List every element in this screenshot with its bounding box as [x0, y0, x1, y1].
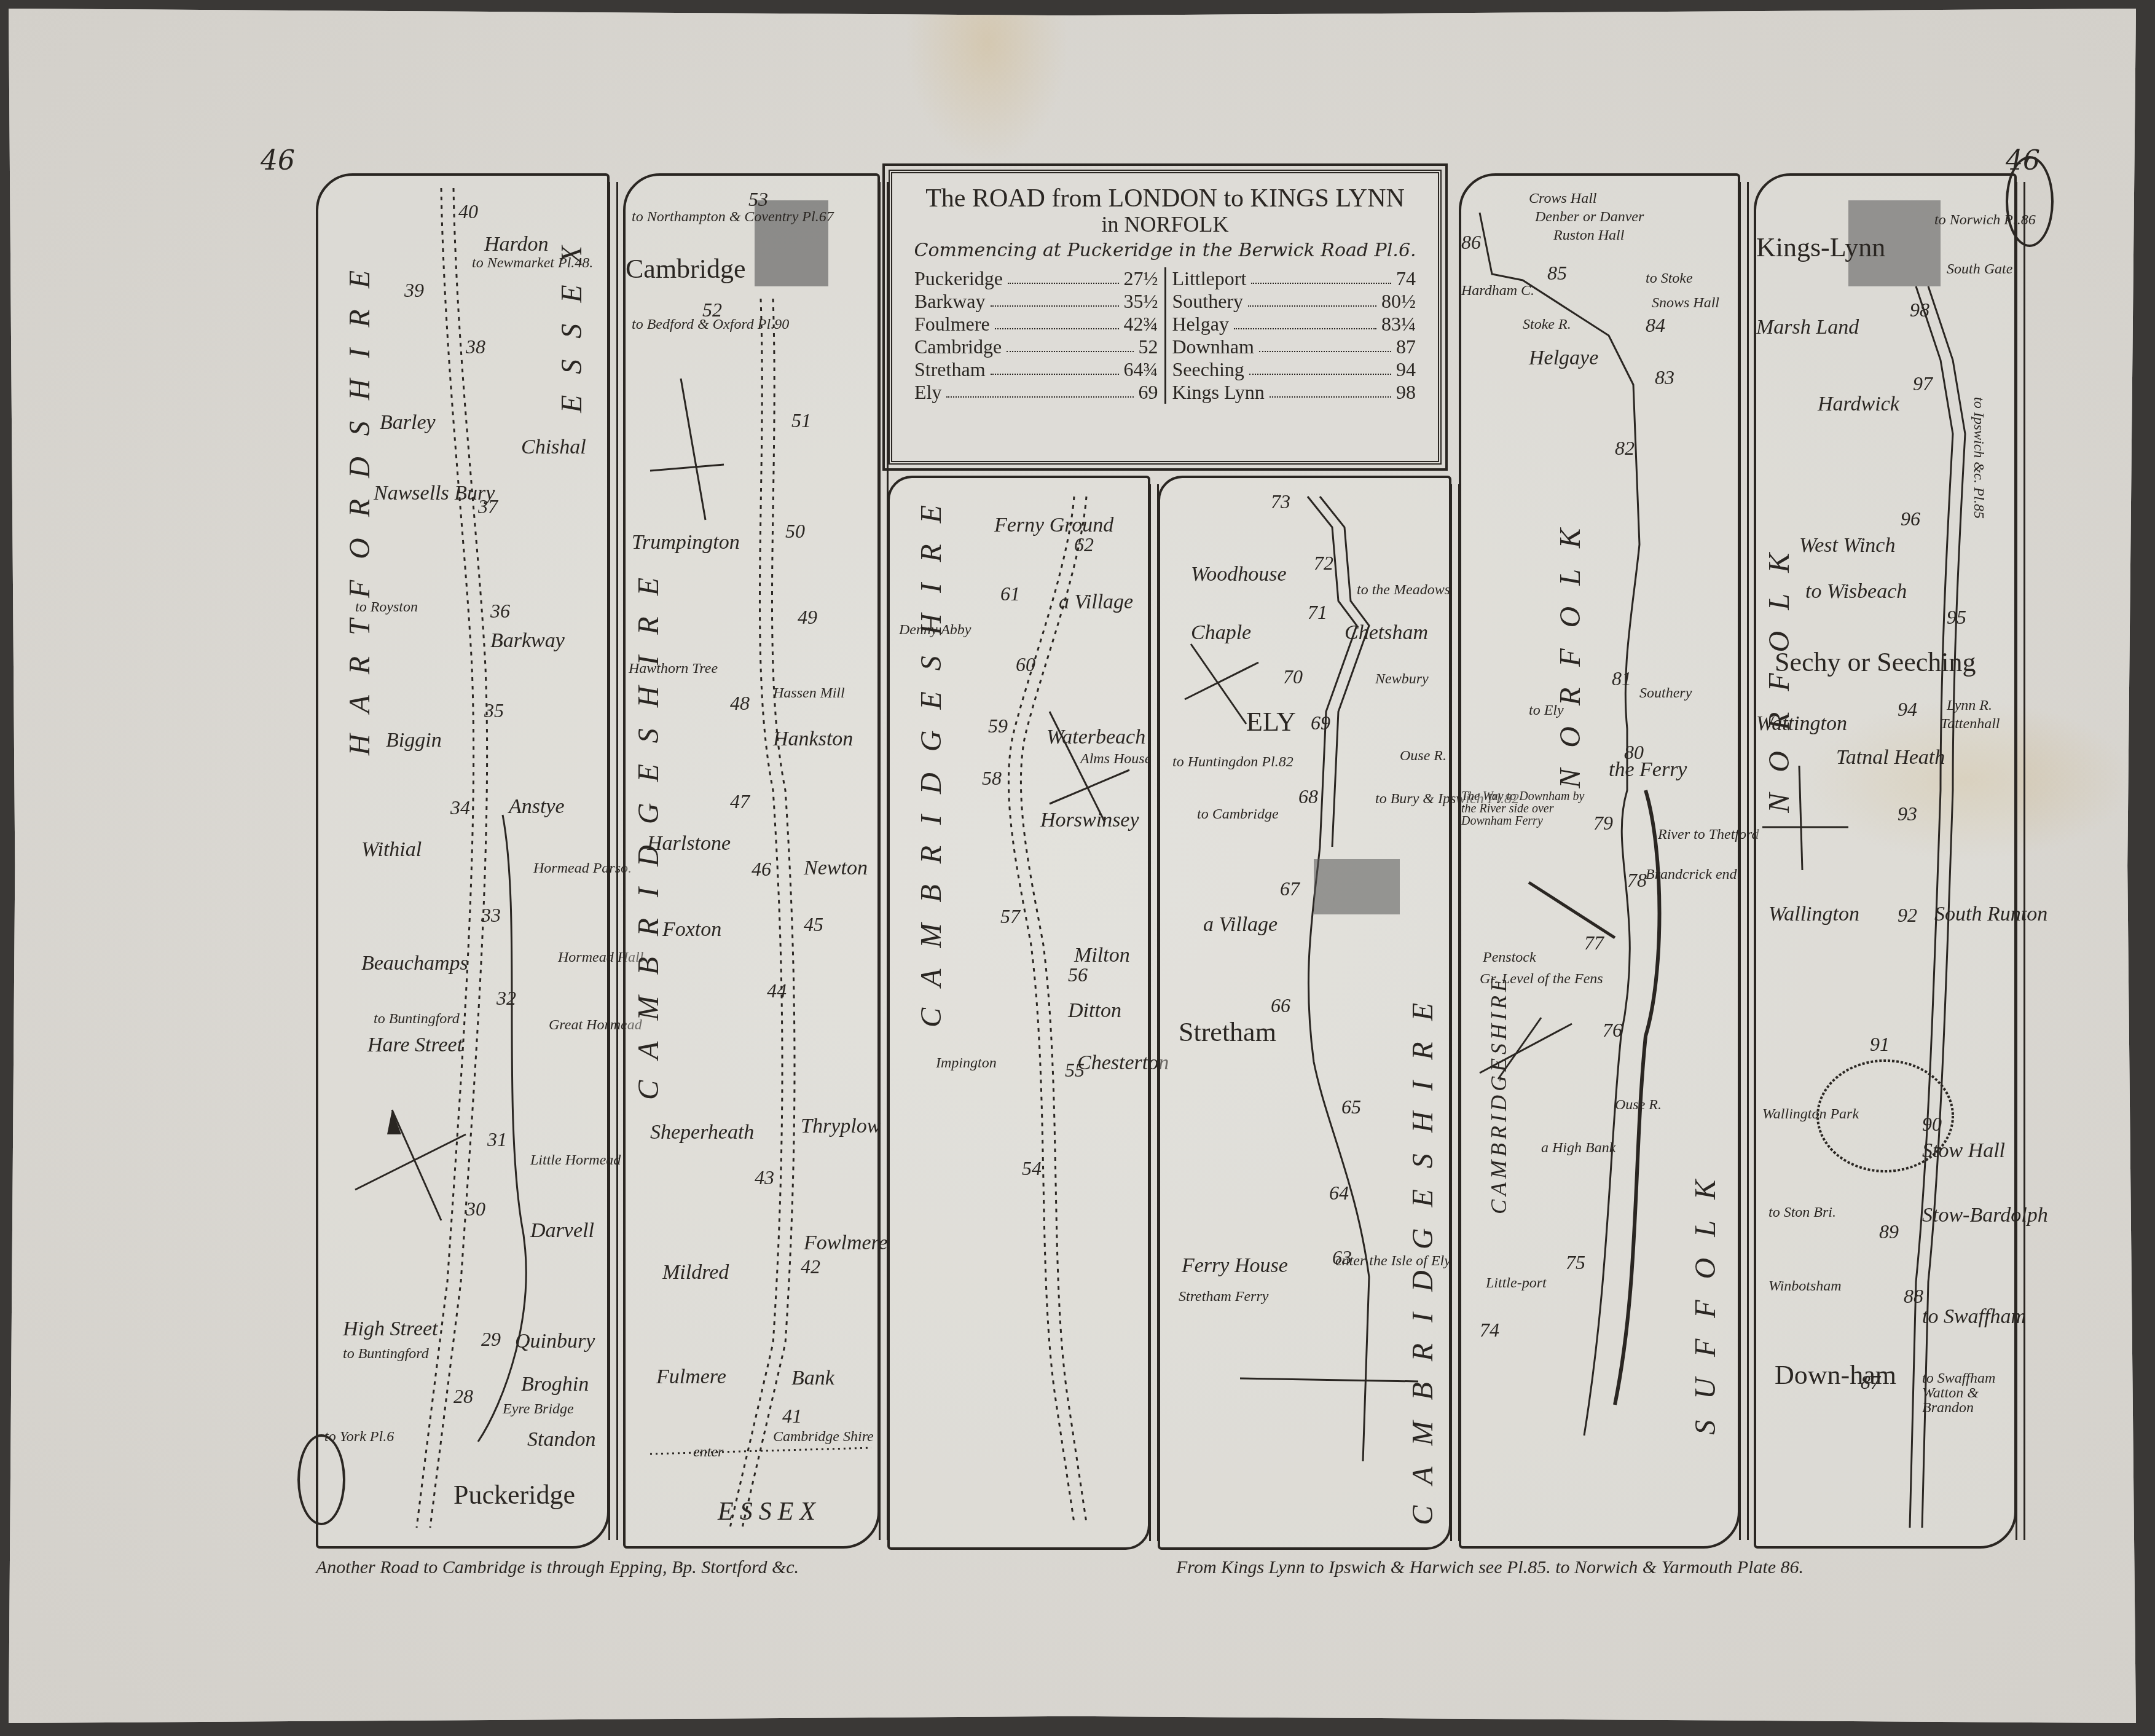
place-label: Brandcrick end [1646, 867, 1737, 882]
place-label: Gr. Level of the Fens [1480, 972, 1603, 986]
mile-marker: 33 [481, 904, 501, 927]
place-label: Waterbeach [1046, 727, 1145, 748]
mile-marker: 64 [1329, 1182, 1349, 1204]
distance-row: Foulmere42¾ [914, 313, 1158, 336]
place-label: Little Hormead [530, 1153, 621, 1168]
place-label: Horswinsey [1040, 810, 1139, 831]
mile-marker: 68 [1298, 785, 1318, 808]
place-label: Crows Hall [1529, 191, 1596, 206]
place-label-kings-lynn: Kings-Lynn [1756, 234, 1885, 261]
place-label: Mildred [662, 1262, 729, 1283]
place-label: Marsh Land [1756, 317, 1859, 338]
place-label: Stoke R. [1523, 317, 1571, 332]
place-label: Hare Street [367, 1035, 463, 1056]
place-label: Hardwick [1818, 394, 1899, 415]
distance-row: Downham87 [1172, 336, 1416, 358]
place-label: Nawsells Bury [374, 483, 495, 504]
mile-marker: 69 [1311, 712, 1330, 734]
place-label-downham: Down-ham [1775, 1362, 1896, 1389]
mile-marker: 45 [804, 913, 823, 936]
mile-marker: 41 [782, 1405, 802, 1428]
place-label: Ditton [1068, 1000, 1121, 1021]
mile-marker: 73 [1271, 490, 1290, 513]
mile-marker: 42 [801, 1255, 820, 1278]
county-label-suffolk: SUFFOLK [1689, 1159, 1722, 1435]
place-label-cambridge: Cambridge [626, 256, 746, 283]
mile-marker: 60 [1016, 653, 1035, 676]
place-label: Wattington [1756, 713, 1847, 734]
place-label-seeching: Sechy or Seeching [1775, 649, 1976, 676]
county-label-essex: ESSEX [555, 225, 589, 413]
place-label: Hawthorn Tree [629, 661, 718, 676]
place-label: Fulmere [656, 1367, 726, 1388]
place-label: Little-port [1486, 1276, 1547, 1290]
place-label: the Ferry [1609, 760, 1687, 780]
place-label: enter [693, 1445, 723, 1459]
strip-1: HARTFORDSHIRE ESSEX 40 39 38 37 36 35 34… [316, 173, 610, 1549]
strip-3: CAMBRIDGESHIRE 62 61 60 59 58 57 56 55 5… [887, 476, 1150, 1550]
footnote-left: Another Road to Cambridge is through Epp… [316, 1557, 799, 1578]
mile-marker: 35 [484, 699, 504, 722]
mile-marker: 96 [1901, 508, 1920, 530]
place-label: Chishal [521, 437, 586, 458]
mile-marker: 66 [1271, 994, 1290, 1017]
scroll-curl-icon [297, 1434, 345, 1525]
place-label: Southery [1639, 686, 1692, 701]
mile-marker: 61 [1000, 583, 1020, 605]
mile-marker: 57 [1000, 905, 1020, 928]
strip-2: CAMBRIDGESHIRE ESSEX 53 52 51 50 49 48 4… [623, 173, 880, 1549]
mile-marker: 34 [450, 796, 470, 819]
mile-marker: 92 [1898, 904, 1917, 927]
place-label: Hardon [484, 234, 549, 255]
place-label: Ouse R. [1400, 748, 1446, 763]
place-label: to Buntingford [374, 1011, 460, 1026]
place-label: Woodhouse [1191, 564, 1287, 585]
place-label: to Huntingdon Pl.82 [1172, 755, 1293, 769]
mile-marker: 59 [988, 715, 1008, 737]
place-label: Withial [361, 839, 422, 860]
place-label: Stow Hall [1922, 1141, 2005, 1161]
place-label: to Northampton & Coventry Pl.67 [632, 210, 834, 224]
distance-row: Stretham64¾ [914, 358, 1158, 381]
distance-column-right: Littleport74 Southery80½ Helgay83¼ Downh… [1166, 267, 1423, 404]
plate-number-left: 46 [261, 145, 295, 176]
map-subtitle: Commencing at Puckeridge in the Berwick … [908, 240, 1422, 261]
place-label: to the Meadows [1357, 583, 1450, 597]
place-label-puckeridge: Puckeridge [453, 1482, 575, 1509]
mile-marker: 28 [453, 1385, 473, 1408]
place-label: Trumpington [632, 532, 740, 553]
place-label: to Swaffham [1922, 1306, 2026, 1327]
mile-marker: 88 [1904, 1285, 1923, 1308]
place-label: Denny Abby [899, 623, 972, 637]
place-label: to Stoke [1646, 271, 1693, 286]
place-label: Cambridge Shire [773, 1429, 874, 1444]
place-label: Winbotsham [1768, 1279, 1842, 1294]
place-label: Ouse R. [1615, 1098, 1662, 1112]
place-label: to Swaffham Watton & Brandon [1922, 1371, 2014, 1415]
place-label: Foxton [662, 919, 721, 940]
mile-marker: 49 [798, 606, 817, 629]
mile-marker: 31 [487, 1128, 507, 1151]
place-label: Impington [936, 1056, 997, 1070]
place-label: River to Thetford [1658, 827, 1759, 842]
distance-row: Littleport74 [1172, 267, 1416, 290]
place-label: Newbury [1375, 672, 1429, 686]
mile-marker: 72 [1314, 552, 1333, 575]
mile-marker: 48 [730, 692, 750, 715]
place-label: to Bedford & Oxford Pl.90 [632, 317, 789, 332]
place-label: Hormead Parso. [533, 861, 632, 876]
place-label: Bank [791, 1368, 834, 1389]
mile-marker: 78 [1627, 869, 1647, 892]
place-label: to Ely [1529, 703, 1564, 718]
mile-marker: 43 [755, 1166, 774, 1189]
place-label: a Village [1059, 592, 1133, 613]
place-label: Ferry House [1182, 1255, 1288, 1276]
mile-marker: 29 [481, 1328, 501, 1351]
place-label: Wallington Park [1762, 1107, 1859, 1121]
place-label: Fowlmere [804, 1233, 888, 1254]
mile-marker: 40 [458, 200, 478, 223]
county-label-cambridgeshire: CAMBRIDGESHIRE [914, 484, 948, 1027]
county-label-hartfordshire: HARTFORDSHIRE [343, 249, 377, 755]
place-label: a High Bank [1541, 1141, 1615, 1155]
mile-marker: 71 [1308, 601, 1327, 624]
strip-4: CAMBRIDGESHIRE 73 72 71 70 69 68 67 66 6… [1158, 476, 1451, 1550]
distance-row: Helgay83¼ [1172, 313, 1416, 336]
place-label: to Cambridge [1197, 807, 1279, 822]
place-label: Stow-Bardolph [1922, 1205, 2048, 1226]
map-title-county: in NORFOLK [908, 213, 1422, 237]
place-label: West Winch [1799, 535, 1895, 556]
footnote-right: From Kings Lynn to Ipswich & Harwich see… [1176, 1557, 1804, 1578]
scroll-curl-icon [2006, 156, 2054, 247]
place-label: Hassen Mill [773, 686, 845, 701]
place-label: Hardham C. [1461, 283, 1534, 298]
county-label-essex: ESSEX [718, 1497, 822, 1526]
mile-marker: 83 [1655, 366, 1674, 389]
place-label: to Newmarket Pl.48. [472, 256, 593, 270]
mile-marker: 39 [404, 279, 424, 302]
mile-marker: 38 [466, 336, 485, 358]
mile-marker: 44 [767, 980, 787, 1002]
place-label: Darvell [530, 1220, 594, 1241]
place-label: South Runton [1934, 904, 2047, 925]
place-label: Ferny Ground [994, 515, 1113, 536]
distance-row: Cambridge52 [914, 336, 1158, 358]
place-label: Alms House [1080, 752, 1151, 766]
mile-marker: 95 [1947, 606, 1966, 629]
place-label: Stretham Ferry [1179, 1289, 1268, 1304]
place-label: Newton [804, 858, 868, 879]
place-label: Tattenhall [1941, 717, 2000, 731]
mile-marker: 85 [1547, 262, 1567, 285]
distance-table: Puckeridge27½ Barkway35½ Foulmere42¾ Cam… [908, 267, 1422, 404]
mile-marker: 76 [1603, 1019, 1622, 1042]
place-label: Quinbury [515, 1331, 595, 1352]
place-label: Penstock [1483, 950, 1536, 965]
place-label: Wallington [1768, 904, 1859, 925]
mile-marker: 75 [1566, 1251, 1585, 1274]
map-title: The ROAD from LONDON to KINGS LYNN [908, 184, 1422, 213]
county-label-cambridgeshire: CAMBRIDGESHIRE [1486, 975, 1512, 1214]
mile-marker: 86 [1461, 231, 1481, 254]
place-label: Lynn R. [1947, 698, 1992, 713]
mile-marker: 47 [730, 790, 750, 813]
place-label: to Ston Bri. [1768, 1205, 1836, 1220]
place-label: Chesterton [1077, 1053, 1169, 1074]
place-label: Chaple [1191, 623, 1251, 643]
place-label: Beauchamps [361, 953, 468, 974]
county-label-norfolk: NORFOLK [1553, 508, 1587, 788]
strip-6: NORFOLK 98 97 96 95 94 93 92 91 90 89 88… [1754, 173, 2017, 1549]
place-label: Chetsham [1344, 623, 1428, 643]
distance-row: Seeching94 [1172, 358, 1416, 381]
road-strip-6-icon [1756, 176, 2014, 1546]
place-label: Snows Hall [1652, 296, 1719, 310]
place-label: to Wisbeach [1805, 581, 1907, 602]
mile-marker: 58 [982, 767, 1002, 790]
mile-marker: 84 [1646, 314, 1665, 337]
mile-marker: 56 [1068, 964, 1088, 986]
mile-marker: 67 [1280, 878, 1300, 900]
place-label: Hankston [773, 729, 853, 750]
place-label: to Ipswich &c. Pl.85 [1971, 397, 1986, 519]
mile-marker: 51 [791, 409, 811, 432]
mile-marker: 54 [1022, 1157, 1042, 1180]
title-cartouche: The ROAD from LONDON to KINGS LYNN in NO… [889, 170, 1442, 465]
place-label: Barley [380, 412, 436, 433]
mile-marker: 94 [1898, 698, 1917, 721]
map-sheet: 46 46 HARTFORDSHIRE ESSEX 40 39 38 37 36… [9, 9, 2136, 1723]
place-label: enter the Isle of Ely [1335, 1254, 1451, 1268]
mile-marker: 32 [497, 987, 516, 1010]
mile-marker: 70 [1283, 666, 1303, 688]
distance-row: Puckeridge27½ [914, 267, 1158, 290]
strip-5: NORFOLK CAMBRIDGESHIRE SUFFOLK 86 85 84 … [1459, 173, 1740, 1549]
distance-row: Kings Lynn98 [1172, 381, 1416, 404]
mile-marker: 91 [1870, 1033, 1890, 1056]
mile-marker: 81 [1612, 667, 1631, 690]
place-label: Denber or Danver [1535, 210, 1644, 224]
place-label: Anstye [509, 796, 565, 817]
place-label: Standon [527, 1429, 595, 1450]
mile-marker: 77 [1584, 932, 1604, 954]
place-label: to Royston [355, 600, 418, 615]
mile-marker: 74 [1480, 1319, 1499, 1341]
mile-marker: 89 [1879, 1220, 1899, 1243]
mile-marker: 62 [1074, 533, 1094, 556]
place-label-stretham: Stretham [1179, 1019, 1276, 1046]
mile-marker: 98 [1910, 299, 1929, 321]
mile-marker: 53 [748, 188, 768, 211]
mile-marker: 46 [752, 858, 771, 881]
county-label-cambridgeshire: CAMBRIDGESHIRE [632, 557, 665, 1100]
place-label: Tatnal Heath [1836, 747, 1945, 768]
mile-marker: 90 [1922, 1113, 1942, 1136]
mile-marker: 36 [490, 600, 510, 623]
place-label: Helgaye [1529, 348, 1598, 369]
place-label: Biggin [386, 730, 442, 751]
place-label: Ruston Hall [1553, 228, 1624, 243]
mile-marker: 50 [785, 520, 805, 543]
distance-row: Southery80½ [1172, 290, 1416, 313]
mile-marker: 82 [1615, 437, 1635, 460]
place-label: Broghin [521, 1374, 589, 1395]
place-label: Eyre Bridge [503, 1402, 574, 1416]
place-label: Barkway [490, 630, 565, 651]
place-label: Sheperheath [650, 1122, 754, 1143]
mile-marker: 93 [1898, 803, 1917, 825]
mile-marker: 30 [466, 1198, 485, 1220]
distance-row: Ely69 [914, 381, 1158, 404]
distance-row: Barkway35½ [914, 290, 1158, 313]
place-label: Milton [1074, 945, 1130, 966]
place-label: South Gate [1947, 262, 2012, 277]
distance-column-left: Puckeridge27½ Barkway35½ Foulmere42¾ Cam… [908, 267, 1166, 404]
place-label: The Way to Downham by the River side ove… [1461, 790, 1596, 827]
place-label: to Buntingford [343, 1346, 429, 1361]
place-label-ely: ELY [1246, 709, 1296, 736]
place-label: High Street [343, 1319, 438, 1340]
place-label: a Village [1203, 914, 1278, 935]
mile-marker: 97 [1913, 372, 1933, 395]
mile-marker: 65 [1341, 1096, 1361, 1118]
place-label: Harlstone [647, 833, 731, 854]
place-label: Thryplow [801, 1116, 881, 1137]
